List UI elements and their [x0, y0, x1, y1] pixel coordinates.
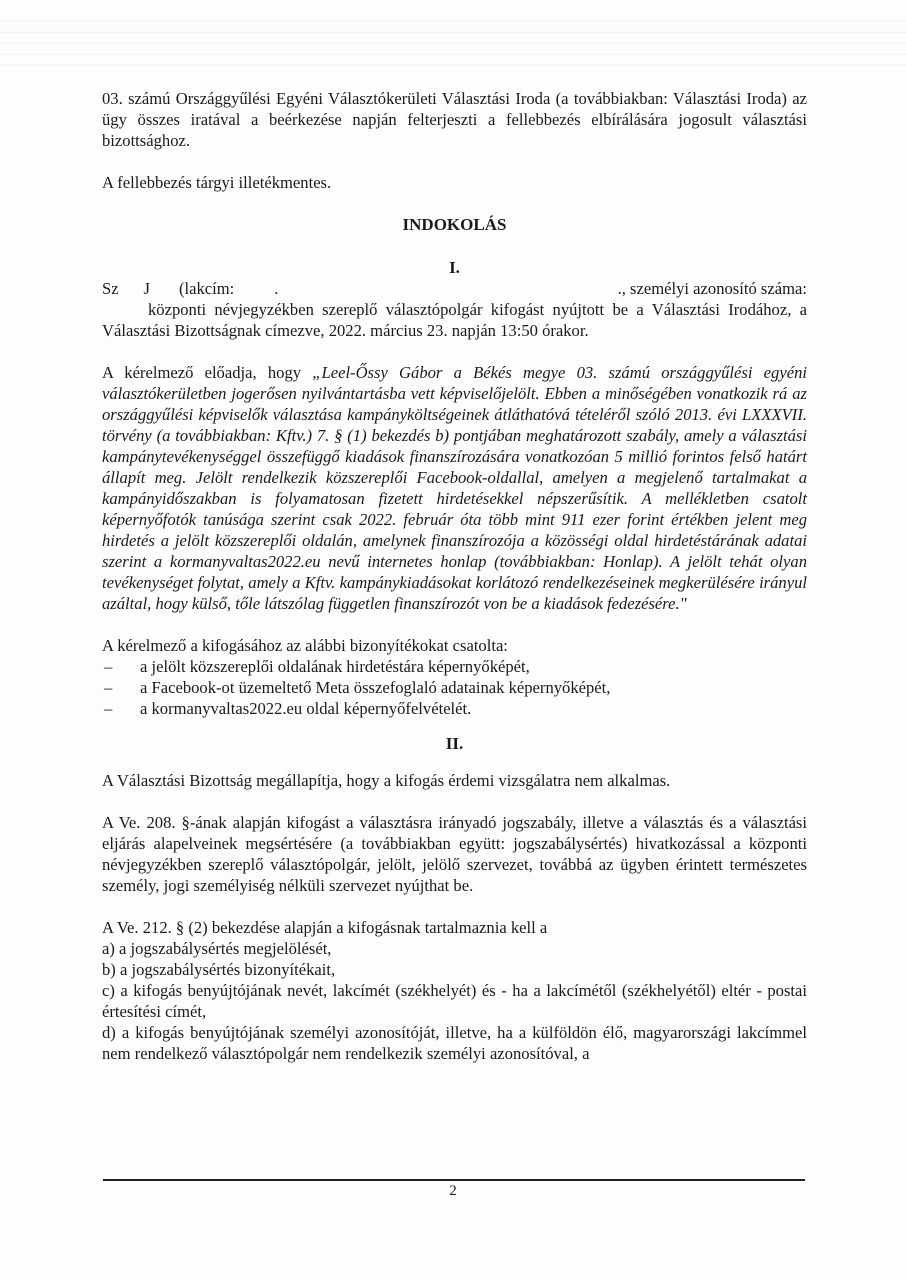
fee-paragraph: A fellebbezés tárgyi illetékmentes. [102, 172, 807, 193]
claim-quote: „Leel-Őssy Gábor a Békés megye 03. számú… [102, 363, 807, 613]
applicant-name-redacted: Sz J (lakcím: [102, 278, 234, 299]
ve208-paragraph: A Ve. 208. §-ának alapján kifogást a vál… [102, 812, 807, 896]
dash-marker: – [104, 656, 112, 677]
document-body: 03. számú Országgyűlési Egyéni Választók… [102, 88, 807, 1064]
claim-lead: A kérelmező előadja, hogy [102, 363, 312, 382]
section-1-numeral: I. [102, 257, 807, 278]
dash-marker: – [104, 677, 112, 698]
ve212-lead: A Ve. 212. § (2) bekezdése alapján a kif… [102, 917, 807, 938]
document-page: 03. számú Országgyűlési Egyéni Választók… [0, 0, 906, 1280]
redacted-address-mark: . [274, 278, 278, 299]
ve212-item-c: c) a kifogás benyújtójának nevét, lakcím… [102, 980, 807, 1022]
dash-marker: – [104, 698, 112, 719]
bleed-through-artifact [0, 12, 906, 72]
ve212-item-d: d) a kifogás benyújtójának személyi azon… [102, 1022, 807, 1064]
section-2-numeral: II. [102, 733, 807, 754]
evidence-item: –a jelölt közszereplői oldalának hirdeté… [102, 656, 807, 677]
evidence-item: –a kormanyvaltas2022.eu oldal képernyőfe… [102, 698, 807, 719]
finding-paragraph: A Választási Bizottság megállapítja, hog… [102, 770, 807, 791]
main-heading: INDOKOLÁS [102, 214, 807, 235]
claim-paragraph: A kérelmező előadja, hogy „Leel-Őssy Gáb… [102, 362, 807, 614]
evidence-lead: A kérelmező a kifogásához az alábbi bizo… [102, 635, 807, 656]
evidence-list: –a jelölt közszereplői oldalának hirdeté… [102, 656, 807, 719]
ve212-item-b: b) a jogszabálysértés bizonyítékait, [102, 959, 807, 980]
page-number: 2 [0, 1183, 906, 1200]
evidence-item: –a Facebook-ot üzemeltető Meta összefogl… [102, 677, 807, 698]
footer-divider [103, 1179, 805, 1181]
applicant-line: Sz J (lakcím: . ., személyi azonosító sz… [102, 278, 807, 299]
ve212-item-a: a) a jogszabálysértés megjelölését, [102, 938, 807, 959]
applicant-id-label: ., személyi azonosító száma: [618, 278, 807, 299]
applicant-continuation: központi névjegyzékben szereplő választó… [102, 299, 807, 341]
intro-paragraph: 03. számú Országgyűlési Egyéni Választók… [102, 88, 807, 151]
